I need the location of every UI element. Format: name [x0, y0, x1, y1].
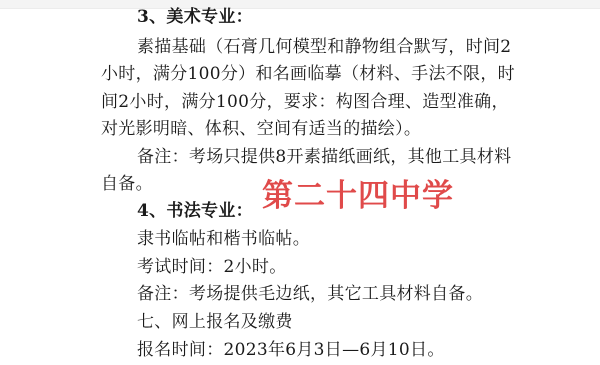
top-strip [0, 0, 600, 9]
art-exam-description-line-4: 对光影明暗、体积、空间有适当的描绘）。 [101, 118, 421, 140]
calligraphy-exam-time: 考试时间：2小时。 [137, 256, 287, 278]
school-watermark: 第二十四中学 [262, 178, 454, 214]
calligraphy-content: 隶书临帖和楷书临帖。 [137, 228, 310, 250]
registration-time: 报名时间：2023年6月3日—6月10日。 [137, 339, 445, 361]
art-note-line-1: 备注：考场只提供8开素描纸画纸，其他工具材料 [137, 146, 511, 168]
section-heading-registration: 七、网上报名及缴费 [137, 311, 293, 333]
art-note-line-2: 自备。 [101, 173, 153, 195]
section-heading-calligraphy: 4、书法专业： [137, 200, 253, 222]
art-exam-description-line-2: 小时，满分100分）和名画临摹（材料、手法不限，时 [101, 63, 515, 85]
art-exam-description-line-3: 间2小时，满分100分，要求：构图合理、造型准确， [101, 91, 509, 113]
art-exam-description-line-1: 素描基础（石膏几何模型和静物组合默写，时间2 [137, 36, 511, 58]
calligraphy-note: 备注：考场提供毛边纸，其它工具材料自备。 [137, 283, 483, 305]
section-heading-art: 3、美术专业： [137, 6, 253, 28]
